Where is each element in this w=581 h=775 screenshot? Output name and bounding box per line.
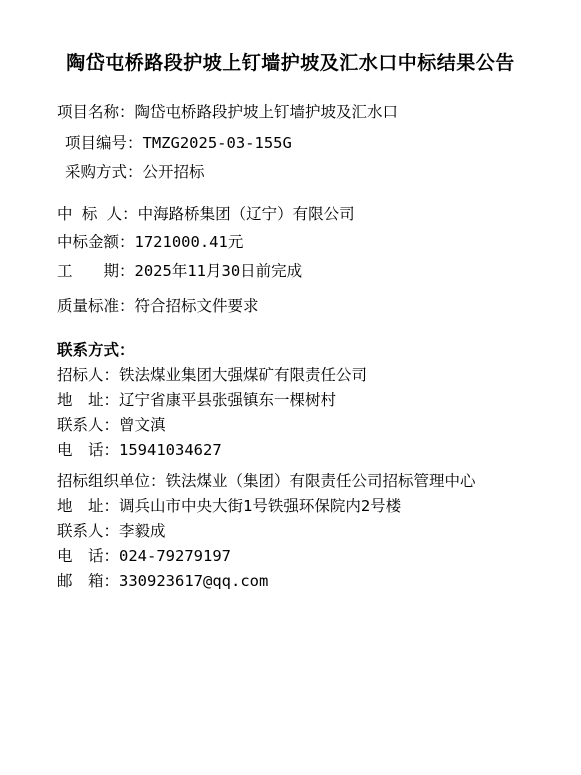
organizer-phone-line: 电 话：024-79279197 [57,546,561,567]
procurement-method-line: 采购方式：公开招标 [65,162,561,183]
organizer-org-value: 铁法煤业（集团）有限责任公司招标管理中心 [166,472,476,490]
tenderer-person-line: 联系人：曾文滇 [57,415,561,436]
document-page: 陶岱屯桥路段护坡上钉墙护坡及汇水口中标结果公告 项目名称：陶岱屯桥路段护坡上钉墙… [0,0,581,775]
project-name-label: 项目名称： [57,103,135,121]
tenderer-phone-value: 15941034627 [119,441,222,459]
quality-standard-label: 质量标准： [57,297,135,315]
award-amount-line: 中标金额：1721000.41元 [57,232,561,253]
procurement-method-label: 采购方式： [65,163,143,181]
quality-standard-value: 符合招标文件要求 [135,297,259,315]
duration-label: 工 期： [57,262,135,280]
document-body: 项目名称：陶岱屯桥路段护坡上钉墙护坡及汇水口 项目编号：TMZG2025-03-… [57,102,561,592]
organizer-email-label: 邮 箱： [57,572,119,590]
quality-standard-line: 质量标准：符合招标文件要求 [57,296,561,317]
tenderer-address-label: 地 址： [57,391,119,409]
organizer-org-line: 招标组织单位：铁法煤业（集团）有限责任公司招标管理中心 [57,471,561,492]
procurement-method-value: 公开招标 [143,163,205,181]
organizer-person-label: 联系人： [57,522,119,540]
project-code-value: TMZG2025-03-155G [143,134,292,152]
tenderer-person-value: 曾文滇 [119,416,166,434]
organizer-person-value: 李毅成 [119,522,166,540]
project-name-line: 项目名称：陶岱屯桥路段护坡上钉墙护坡及汇水口 [57,102,561,123]
document-title: 陶岱屯桥路段护坡上钉墙护坡及汇水口中标结果公告 [0,50,581,76]
tenderer-phone-label: 电 话： [57,441,119,459]
winner-label: 中 标 人： [57,205,138,223]
contact-heading: 联系方式： [57,340,561,361]
tenderer-person-label: 联系人： [57,416,119,434]
tenderer-address-value: 辽宁省康平县张强镇东一棵树村 [119,391,336,409]
project-code-label: 项目编号： [65,134,143,152]
winner-line: 中 标 人：中海路桥集团（辽宁）有限公司 [57,204,561,225]
organizer-email-value: 330923617@qq.com [119,572,268,590]
organizer-address-label: 地 址： [57,497,119,515]
award-amount-label: 中标金额： [57,233,135,251]
duration-value: 2025年11月30日前完成 [135,262,303,280]
tenderer-address-line: 地 址：辽宁省康平县张强镇东一棵树村 [57,390,561,411]
project-code-line: 项目编号：TMZG2025-03-155G [65,133,561,154]
organizer-person-line: 联系人：李毅成 [57,521,561,542]
organizer-phone-value: 024-79279197 [119,547,231,565]
tenderer-org-value: 铁法煤业集团大强煤矿有限责任公司 [119,366,367,384]
tenderer-org-line: 招标人：铁法煤业集团大强煤矿有限责任公司 [57,365,561,386]
organizer-email-line: 邮 箱：330923617@qq.com [57,571,561,592]
organizer-address-value: 调兵山市中央大街1号铁强环保院内2号楼 [119,497,401,515]
organizer-phone-label: 电 话： [57,547,119,565]
tenderer-org-label: 招标人： [57,366,119,384]
project-name-value: 陶岱屯桥路段护坡上钉墙护坡及汇水口 [135,103,399,121]
organizer-address-line: 地 址：调兵山市中央大街1号铁强环保院内2号楼 [57,496,561,517]
winner-value: 中海路桥集团（辽宁）有限公司 [138,205,355,223]
award-amount-value: 1721000.41元 [135,233,244,251]
tenderer-phone-line: 电 话：15941034627 [57,440,561,461]
duration-line: 工 期：2025年11月30日前完成 [57,261,561,282]
organizer-org-label: 招标组织单位： [57,472,166,490]
